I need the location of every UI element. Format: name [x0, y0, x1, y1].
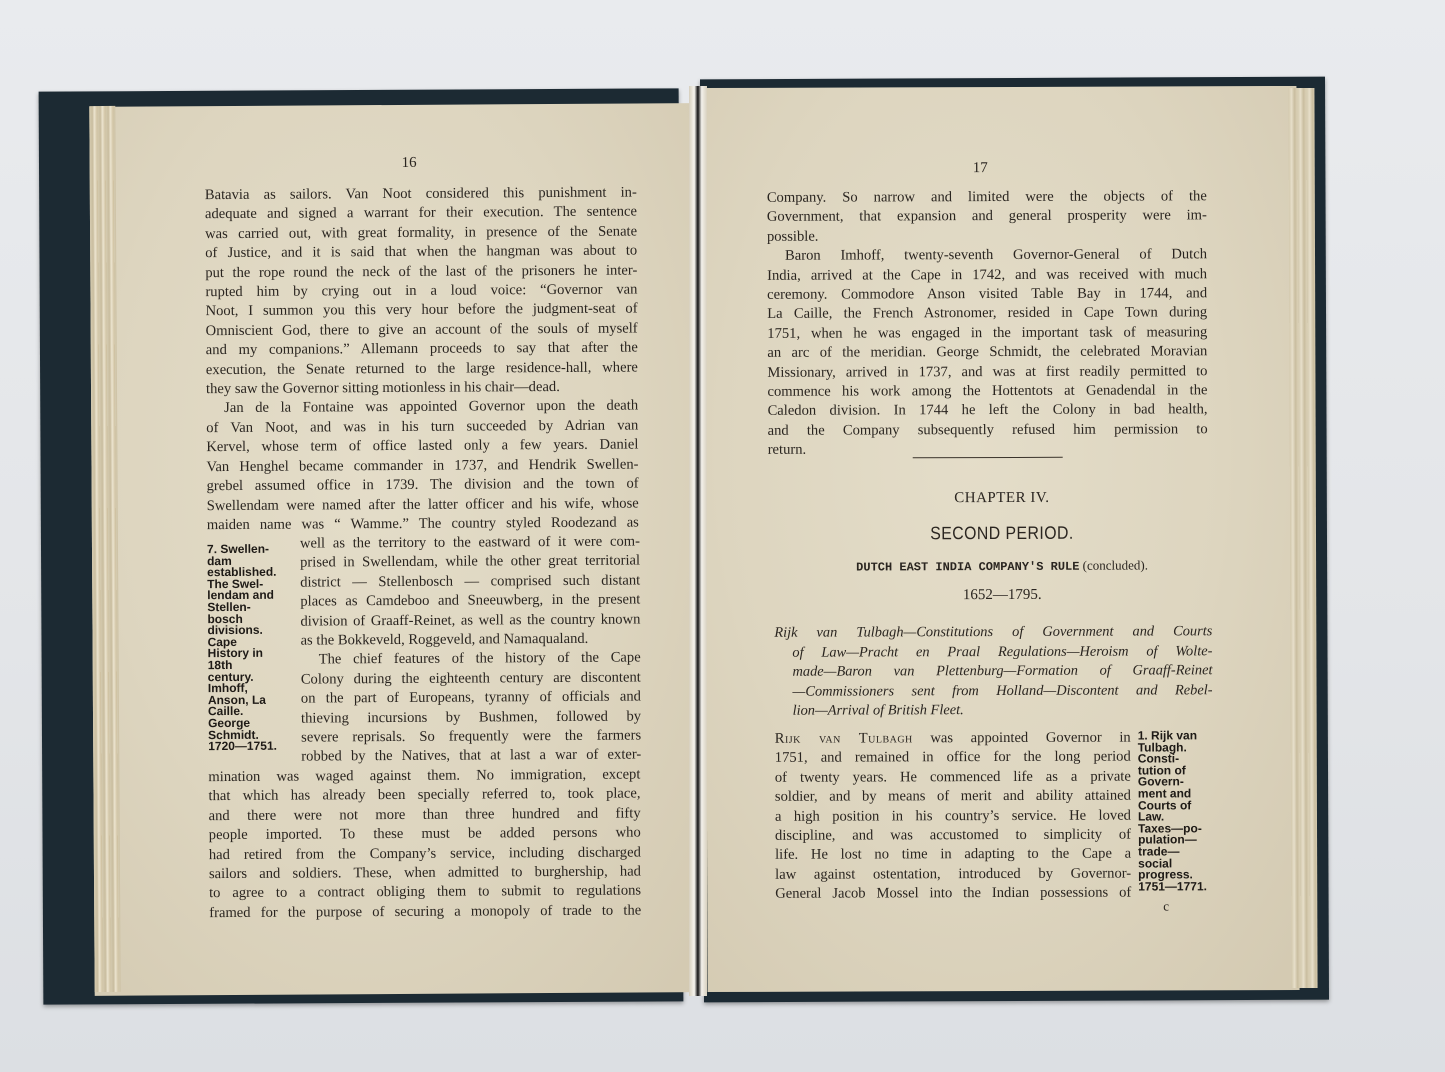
left-page: 16 Batavia as sailors. Van Noot consider…	[89, 103, 696, 996]
chapter-dates: 1652—1795.	[706, 586, 1298, 605]
text-line: robbed by the Natives, that at last a wa…	[301, 746, 641, 767]
left-page-body-narrow: well as the territory to the eastward of…	[300, 532, 641, 767]
chapter-subtitle-rest: (concluded).	[1079, 557, 1148, 572]
synopsis-line: Rijk van Tulbagh—Constitutions of Govern…	[774, 622, 1212, 643]
page-number: 17	[973, 160, 988, 177]
text-line: Company. So narrow and limited were the …	[767, 187, 1207, 208]
left-page-body-top: Batavia as sailors. Van Noot considered …	[205, 184, 639, 536]
text-line: life. He lost no time in adapting to the…	[775, 845, 1131, 866]
text-line: Caledon division. In 1744 he left the Co…	[768, 401, 1208, 422]
right-page-edges	[1288, 88, 1317, 988]
text-line: mination was waged against them. No immi…	[208, 765, 640, 787]
book-gutter	[689, 86, 707, 996]
synopsis-line: of Law—Pracht en Praal Regulations—Heroi…	[774, 642, 1212, 663]
text-line: Rijk van Tulbagh was appointed Governor …	[775, 729, 1131, 750]
text-line: discipline, and was accustomed to simpli…	[775, 826, 1131, 847]
text-line: La Caille, the French Astronomer, reside…	[767, 304, 1207, 325]
text-line: was carried out, with great formality, i…	[205, 222, 637, 244]
chapter-subtitle: DUTCH EAST INDIA COMPANY'S RULE (conclud…	[706, 557, 1298, 575]
right-margin-note: 1. Rijk van Tulbagh. Consti- tution of G…	[1138, 730, 1224, 893]
text-line: had retired from the Company’s service, …	[209, 843, 641, 865]
text-line: a high position in his country’s service…	[775, 806, 1131, 827]
text-line: to agree to a contract obliging them to …	[209, 882, 641, 904]
text-line: commence his work among the Hottentots a…	[767, 381, 1207, 402]
right-page-body-top: Company. So narrow and limited were the …	[767, 187, 1208, 460]
text-line: of Justice, and it is said that when the…	[205, 242, 637, 264]
right-page-body-bottom: Rijk van Tulbagh was appointed Governor …	[775, 729, 1132, 905]
text-line: Baron Imhoff, twenty-seventh Governor-Ge…	[767, 246, 1207, 267]
text-line: thieving incursions by Bushmen, followed…	[301, 707, 641, 728]
text-line: and the Company subsequently refused him…	[768, 420, 1208, 441]
text-line: on the part of Europeans, tyranny of off…	[301, 688, 641, 709]
synopsis-line: made—Baron van Plettenburg—Formation of …	[774, 661, 1212, 682]
text-line: district — Stellenbosch — comprised such…	[300, 571, 640, 592]
text-line: 1751, and remained in office for the lon…	[775, 748, 1131, 769]
text-line: possible.	[767, 226, 1207, 247]
left-margin-note: 7. Swellen- dam established. The Swel- l…	[207, 544, 298, 753]
signature-mark: c	[1163, 898, 1169, 914]
margin-note-line: 1720—1751.	[208, 741, 298, 753]
text-line: Swellendam were named after the latter o…	[207, 494, 639, 516]
text-line: rupted him by crying out in a loud voice…	[205, 281, 637, 303]
text-line: Noot, I summon you this very hour before…	[205, 300, 637, 322]
page-number: 16	[402, 155, 417, 172]
chapter-number: CHAPTER IV.	[706, 489, 1298, 508]
text-line: grebel assumed office in 1739. The divis…	[207, 475, 639, 497]
text-line: The chief features of the history of the…	[301, 649, 641, 670]
text-line: 1751, when he was engaged in the importa…	[767, 323, 1207, 344]
text-line: General Jacob Mossel into the Indian pos…	[775, 884, 1131, 905]
text-line: Colony during the eighteenth century are…	[301, 668, 641, 689]
text-line: Jan de la Fontaine was appointed Governo…	[206, 397, 638, 419]
text-line: and my companions.” Allemann proceeds to…	[206, 339, 638, 361]
text-line: law against ostentation, introduced by G…	[775, 864, 1131, 885]
text-line: put the rope round the neck of the last …	[205, 261, 637, 283]
left-page-edges	[89, 106, 120, 992]
lead-name: Rijk van Tulbagh	[775, 730, 913, 746]
text-line: of Van Noot, and was in his turn succeed…	[206, 416, 638, 438]
text-line: soldier, and by means of merit and abili…	[775, 787, 1131, 808]
chapter-synopsis: Rijk van Tulbagh—Constitutions of Govern…	[774, 622, 1212, 721]
text-line: people imported. To these must be added …	[209, 824, 641, 846]
chapter-subtitle-bold: DUTCH EAST INDIA COMPANY'S RULE	[856, 560, 1079, 575]
text-line: Missionary, arrived in 1737, and was at …	[767, 362, 1207, 383]
text-line: Kervel, whose term of office lasted only…	[206, 436, 638, 458]
text-line: Batavia as sailors. Van Noot considered …	[205, 184, 637, 206]
text-line: well as the territory to the eastward of…	[300, 532, 640, 553]
text-line: prised in Swellendam, while the other gr…	[300, 552, 640, 573]
text-line: ceremony. Commodore Anson visited Table …	[767, 284, 1207, 305]
text-line: adequate and signed a warrant for their …	[205, 203, 637, 225]
text-line: Government, that expansion and general p…	[767, 207, 1207, 228]
text-line: they saw the Governor sitting motionless…	[206, 378, 638, 400]
right-page: 17 Company. So narrow and limited were t…	[704, 86, 1299, 992]
chapter-period-title: SECOND PERIOD.	[741, 522, 1262, 545]
text-line: India, arrived at the Cape in 1742, and …	[767, 265, 1207, 286]
text-line: Van Henghel became commander in 1737, an…	[206, 455, 638, 477]
synopsis-line: —Commissioners sent from Holland—Discont…	[774, 681, 1212, 702]
text-fragment: was appointed Governor in	[913, 730, 1131, 747]
margin-note-line: 1751—1771.	[1138, 881, 1223, 893]
text-line: an arc of the meridian. George Schmidt, …	[767, 343, 1207, 364]
text-line: that which has already been specially re…	[208, 785, 640, 807]
text-line: as the Bokkeveld, Roggeveld, and Namaqua…	[300, 630, 640, 651]
left-page-body-bottom: mination was waged against them. No immi…	[208, 765, 641, 923]
text-line: execution, the Senate returned to the la…	[206, 358, 638, 380]
text-line: division of Graaff-Reinet, as well as th…	[300, 610, 640, 631]
text-line: framed for the purpose of securing a mon…	[209, 901, 641, 923]
synopsis-line: lion—Arrival of British Fleet.	[775, 700, 1213, 721]
text-line: Omniscient God, there to give an account…	[206, 319, 638, 341]
text-line: and there were not more than three hundr…	[209, 804, 641, 826]
text-line: sailors and soldiers. These, when admitt…	[209, 863, 641, 885]
text-line: of twenty years. He commenced life as a …	[775, 767, 1131, 788]
text-line: severe reprisals. So frequently were the…	[301, 727, 641, 748]
text-line: places as Camdeboo and Sneeuwberg, in th…	[300, 591, 640, 612]
